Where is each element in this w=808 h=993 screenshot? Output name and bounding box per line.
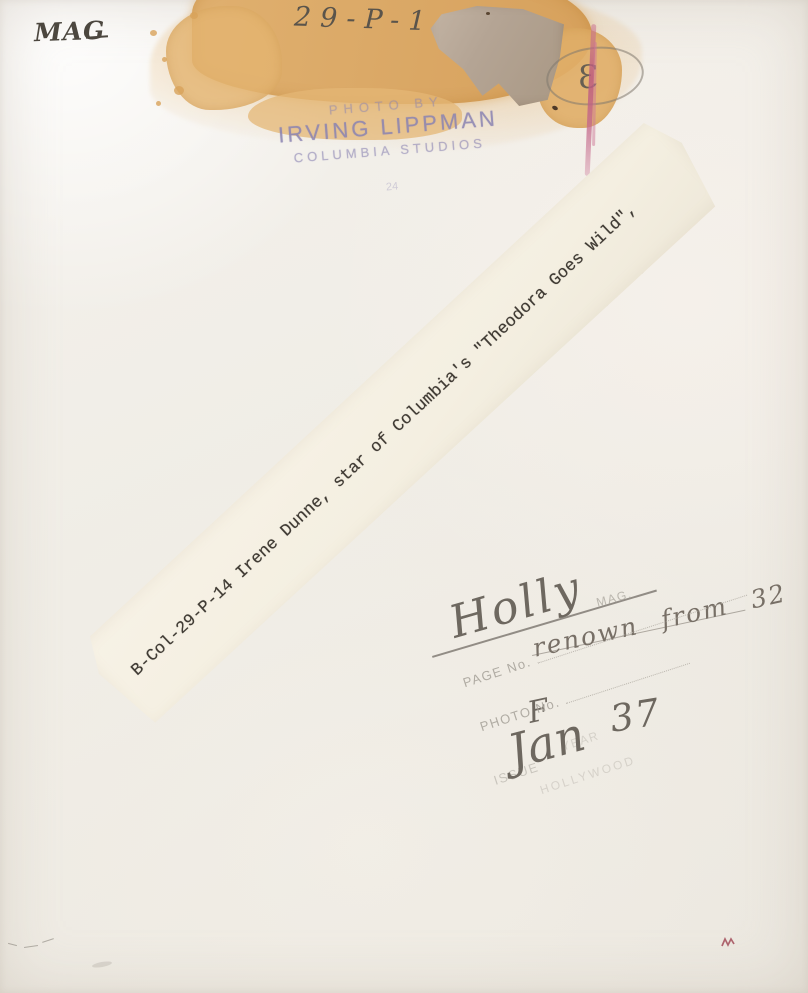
stain-droplet [190,12,198,19]
caption-line-2: makes herself at home in a studio chair … [170,203,730,727]
pencil-scribble-bottom-left [24,945,38,948]
stain-droplet [150,30,157,36]
year-annotation: 37 [607,690,664,740]
pencil-scribble-bottom-left [8,943,17,946]
negative-number-annotation: 29-P-1 [294,2,435,38]
stain-droplet [174,86,184,95]
stain-droplet [162,57,167,62]
red-check-mark [720,936,736,949]
stamp-remnant-mark: 24 [386,180,399,193]
photo-back-paper: 29-P-1 MAG Ɛ PHOTO BY IRVING LIPPMAN COL… [0,0,808,993]
paper-speck [486,12,490,15]
caption-text: B-Col-29-P-14 Irene Dunne, star of Colum… [75,112,808,916]
mag-stamp: MAG. [595,586,634,609]
stain-droplet [156,101,161,106]
page-no-stamp: PAGE No. [461,654,533,690]
mag-annotation: MAG [34,16,106,47]
pencil-smudge [92,960,113,968]
stain-left-lobe [166,6,282,110]
pencil-scribble-bottom-left [42,938,54,943]
